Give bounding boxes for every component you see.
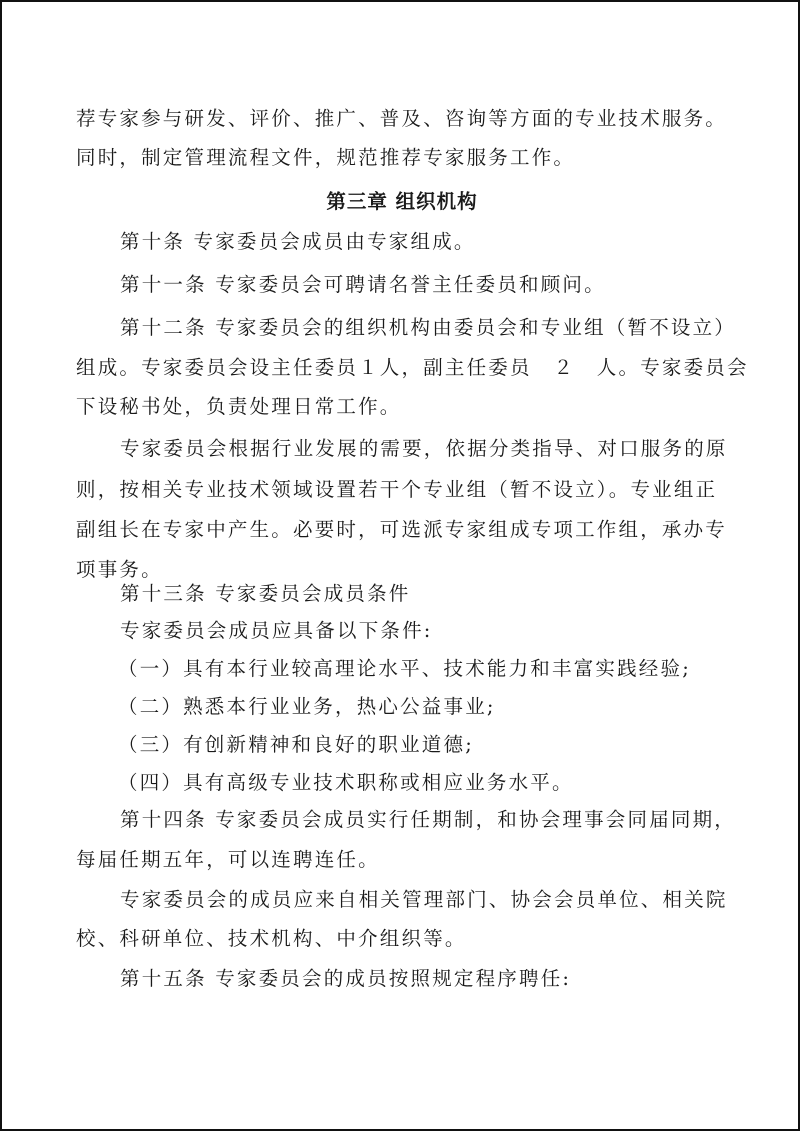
- article-12: 第十二条 专家委员会的组织机构由委员会和专业组（暂不设立）: [120, 314, 736, 342]
- paragraph-line: 校、科研单位、技术机构、中介组织等。: [76, 925, 467, 953]
- article-10: 第十条 专家委员会成员由专家组成。: [120, 228, 476, 256]
- paragraph-line: 同时，制定管理流程文件，规范推荐专家服务工作。: [76, 144, 575, 172]
- paragraph-line: 则，按相关专业技术领域设置若干个专业组（暂不设立）。专业组正: [76, 476, 717, 504]
- paragraph-line: 每届任期五年，可以连聘连任。: [76, 846, 380, 874]
- article-15: 第十五条 专家委员会的成员按照规定程序聘任:: [120, 965, 571, 993]
- article-14: 第十四条 专家委员会成员实行任期制，和协会理事会同届同期，: [120, 806, 736, 834]
- paragraph-line: 专家委员会的成员应来自相关管理部门、协会会员单位、相关院: [120, 886, 728, 914]
- condition-item: （四）具有高级专业技术职称或相应业务水平。: [118, 769, 574, 797]
- article-13: 第十三条 专家委员会成员条件: [120, 580, 411, 608]
- article-11: 第十一条 专家委员会可聘请名誉主任委员和顾问。: [120, 271, 606, 299]
- paragraph-line: 组成。专家委员会设主任委员１人，副主任委员 ２ 人。专家委员会: [76, 354, 749, 382]
- paragraph-line: 下设秘书处，负责处理日常工作。: [76, 393, 402, 421]
- condition-item: （三）有创新精神和良好的职业道德;: [118, 731, 474, 759]
- paragraph-line: 专家委员会根据行业发展的需要，依据分类指导、对口服务的原: [120, 435, 728, 463]
- chapter-heading: 第三章 组织机构: [2, 188, 800, 216]
- paragraph-line: 副组长在专家中产生。必要时，可选派专家组成专项工作组，承办专: [76, 516, 727, 544]
- condition-item: （一）具有本行业较高理论水平、技术能力和丰富实践经验;: [118, 655, 691, 683]
- condition-item: （二）熟悉本行业业务，热心公益事业;: [118, 693, 496, 721]
- paragraph-line: 专家委员会成员应具备以下条件:: [120, 617, 433, 645]
- document-page: 荐专家参与研发、评价、推广、普及、咨询等方面的专业技术服务。 同时，制定管理流程…: [0, 0, 800, 1131]
- paragraph-line: 荐专家参与研发、评价、推广、普及、咨询等方面的专业技术服务。: [76, 105, 727, 133]
